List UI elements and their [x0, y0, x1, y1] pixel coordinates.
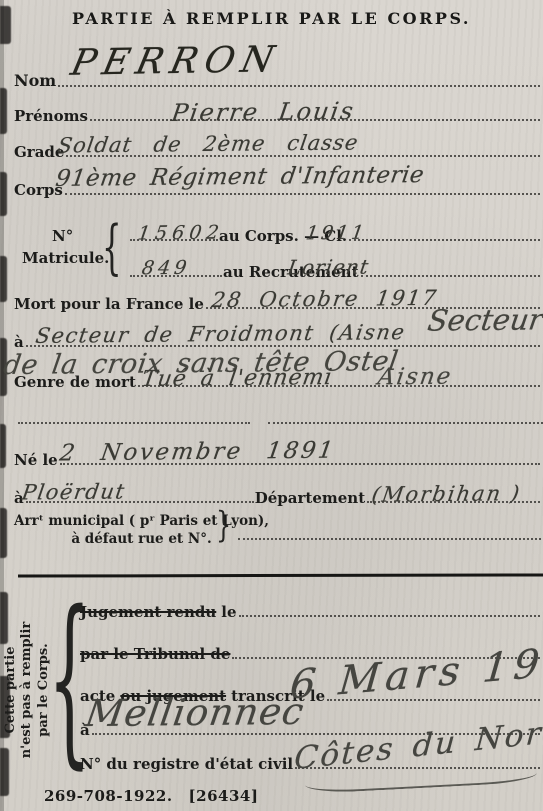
- form-title: PARTIE À REMPLIR PAR LE CORPS.: [0, 9, 543, 28]
- field-row-jugement: Jugement rendu le: [80, 600, 541, 620]
- matricule-no-label: N°: [52, 228, 73, 245]
- handwritten-prenoms: Pierre Louis: [170, 99, 356, 125]
- dotted-line: [268, 420, 543, 424]
- handwritten-lieu-naissance: Ploërdut: [20, 481, 127, 503]
- dotted-line: [238, 536, 541, 540]
- handwritten-lieu-mort-line1: Secteur de Froidmont (Aisne: [34, 322, 407, 347]
- tribunal-label-struck: par le Tribunal de: [80, 646, 230, 663]
- departement-label: Département: [255, 490, 365, 507]
- handwritten-grade: Soldat de 2ème classe: [56, 132, 360, 156]
- handwritten-corps: 91ème Régiment d'Infanterie: [54, 164, 426, 191]
- footer-number: [26434]: [189, 787, 259, 805]
- handwritten-transcrit-lieu: Mellionnec: [83, 693, 307, 732]
- handwritten-nom: PERRON: [68, 42, 284, 82]
- scan-edge-artifact: [0, 172, 7, 216]
- genre-mort-label: Genre de mort: [14, 374, 136, 391]
- scan-edge-artifact: [0, 256, 7, 302]
- scan-edge-artifact: [0, 508, 7, 558]
- jugement-label-suffix: le: [221, 604, 236, 621]
- dotted-line: [239, 613, 540, 617]
- nom-label: Nom: [14, 72, 56, 90]
- dotted-line: [58, 83, 540, 87]
- footer-code: 269-708-1922.: [44, 787, 173, 805]
- section-divider-line: [18, 573, 543, 577]
- handwritten-ne-le: 2 Novembre 1891: [58, 440, 337, 466]
- sidebar-note-line2: n'est pas à remplir: [19, 605, 35, 775]
- handwritten-mort-date: 28 Octobre 1917: [210, 288, 439, 311]
- handwritten-genre-mort: Tué à l'ennemi: [140, 367, 334, 391]
- prenoms-label: Prénoms: [14, 108, 88, 125]
- dotted-line: [65, 191, 540, 195]
- handwritten-matricule-recrutement: 849: [141, 259, 192, 279]
- registre-label: N° du registre d'état civil: [80, 756, 293, 773]
- scan-edge-artifact: [0, 424, 6, 468]
- handwritten-lieu-mort-right: Secteur: [426, 305, 543, 335]
- dotted-line: [361, 273, 540, 277]
- ne-le-label: Né le: [14, 452, 58, 469]
- handwritten-matricule-corps: 15602: [137, 224, 225, 244]
- military-death-record-document: PARTIE À REMPLIR PAR LE CORPS. Nom PERRO…: [0, 0, 543, 811]
- handwritten-classe: 1911: [305, 224, 368, 244]
- handwritten-departement: (Morbihan ): [370, 483, 522, 506]
- matricule-label: Matricule.: [22, 250, 109, 267]
- handwritten-recrutement-place: Lorient: [286, 257, 370, 278]
- dotted-line: [349, 237, 540, 241]
- scan-edge-artifact: [0, 88, 7, 134]
- lieu-mort-label: à: [14, 334, 24, 351]
- sidebar-note-line1: Cette partie: [3, 605, 19, 775]
- matricule-brace: {: [102, 219, 122, 278]
- mort-label: Mort pour la France le: [14, 296, 204, 313]
- arr-municipal-brace: }: [216, 507, 231, 543]
- handwritten-genre-mort-right: Aisne: [376, 366, 454, 390]
- jugement-label-struck: Jugement rendu: [80, 604, 216, 621]
- footer-reference: 269-708-1922.[26434]: [44, 787, 274, 805]
- dotted-line: [18, 420, 250, 424]
